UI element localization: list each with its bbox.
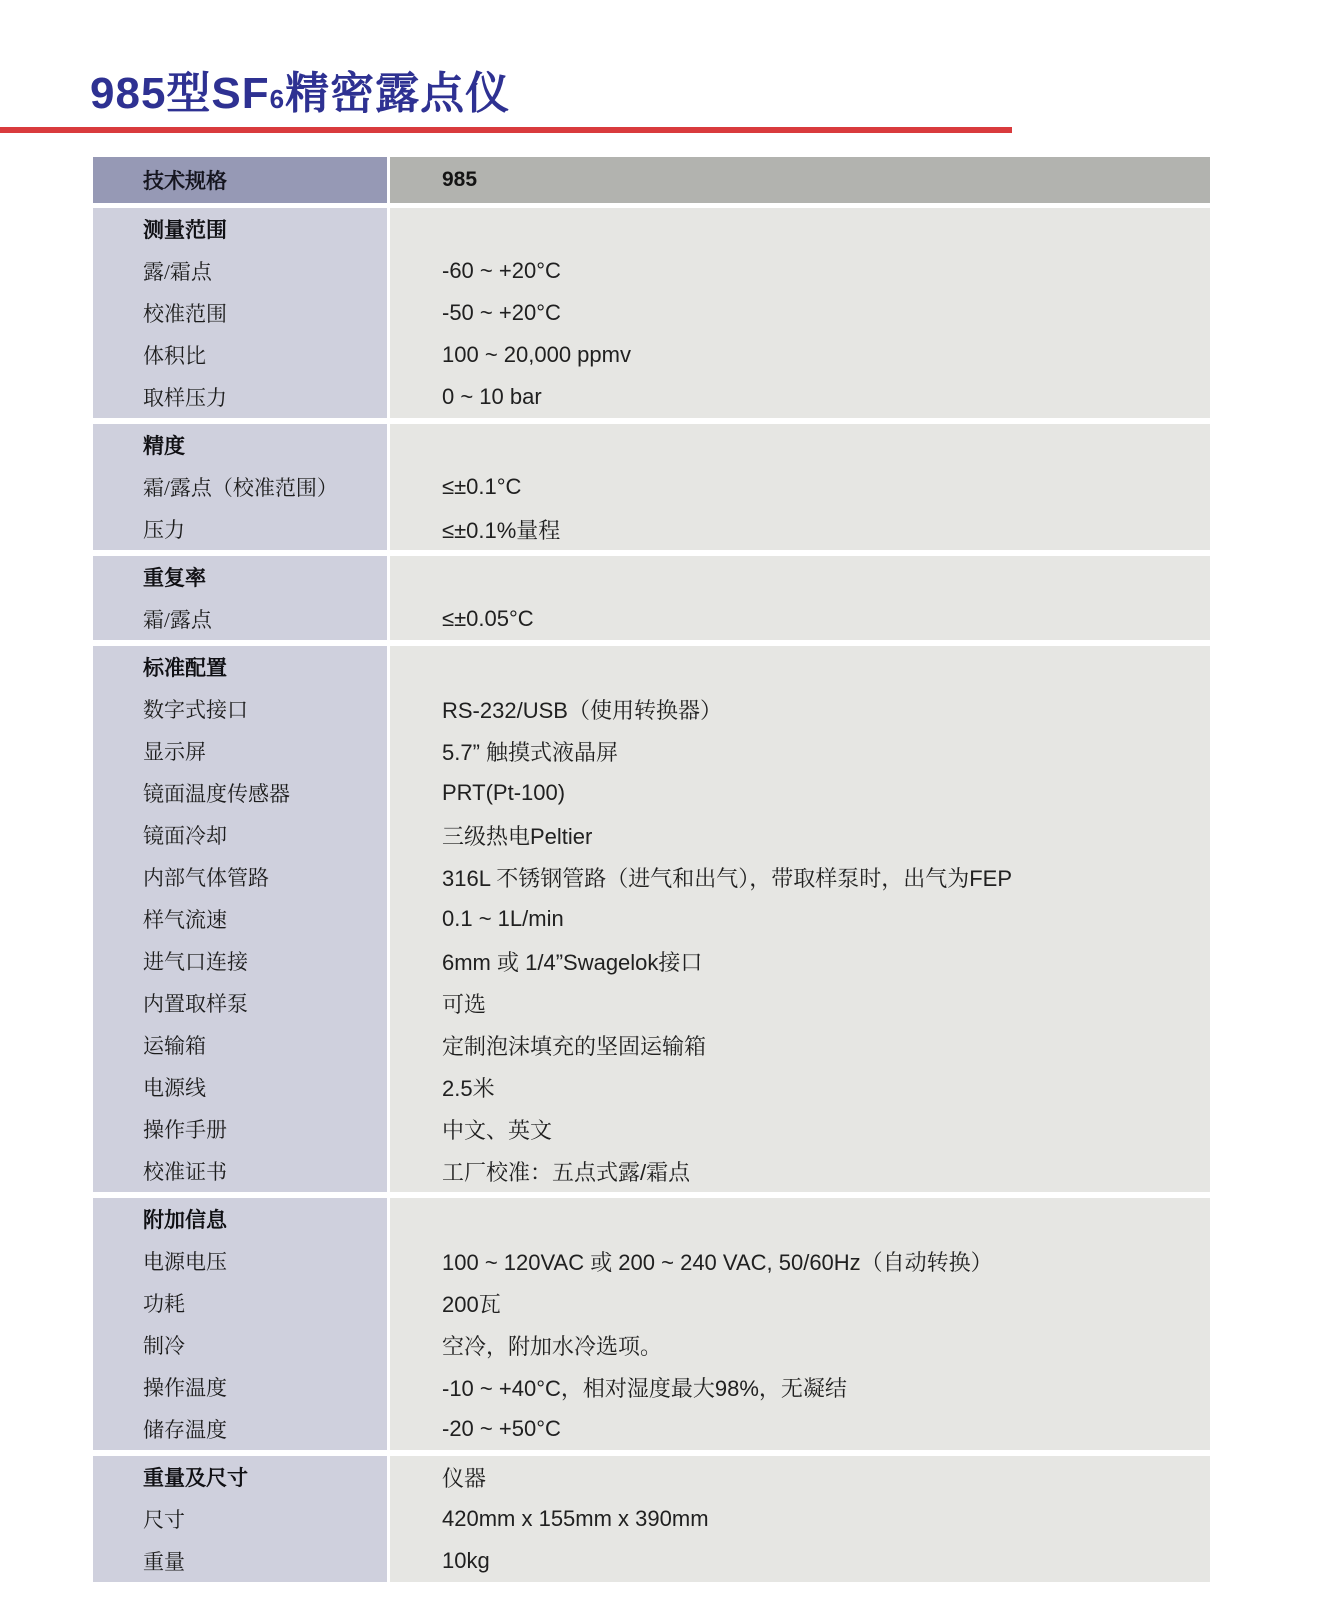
section-additional-info: 附加信息 电源电压 100 ~ 120VAC 或 200 ~ 240 VAC, …	[93, 1198, 1210, 1450]
section-title-value: 仪器	[390, 1456, 1210, 1498]
section-title-row: 标准配置	[93, 646, 1210, 688]
spec-row: 压力 ≤±0.1%量程	[93, 508, 1210, 550]
spec-label: 样气流速	[93, 898, 387, 940]
spec-label: 显示屏	[93, 730, 387, 772]
section-title-value	[390, 424, 1210, 466]
spec-value: 2.5米	[390, 1066, 1210, 1108]
section-repeatability: 重复率 霜/露点 ≤±0.05°C	[93, 556, 1210, 640]
spec-row: 内置取样泵 可选	[93, 982, 1210, 1024]
spec-label: 尺寸	[93, 1498, 387, 1540]
spec-label: 运输箱	[93, 1024, 387, 1066]
section-title: 重复率	[93, 556, 387, 598]
spec-value: 可选	[390, 982, 1210, 1024]
spec-row: 校准范围 -50 ~ +20°C	[93, 292, 1210, 334]
spec-label: 重量	[93, 1540, 387, 1582]
spec-value: RS-232/USB（使用转换器）	[390, 688, 1210, 730]
spec-value: -10 ~ +40°C，相对湿度最大98%，无凝结	[390, 1366, 1210, 1408]
spec-value: 200瓦	[390, 1282, 1210, 1324]
section-title-row: 测量范围	[93, 208, 1210, 250]
spec-label: 校准范围	[93, 292, 387, 334]
spec-label: 电源电压	[93, 1240, 387, 1282]
spec-value: ≤±0.05°C	[390, 598, 1210, 640]
spec-label: 镜面冷却	[93, 814, 387, 856]
title-underline-rule	[0, 127, 1012, 133]
spec-row: 样气流速 0.1 ~ 1L/min	[93, 898, 1210, 940]
spec-label: 体积比	[93, 334, 387, 376]
spec-table: 技术规格 985 测量范围 露/霜点 -60 ~ +20°C 校准范围 -50 …	[93, 157, 1210, 1588]
section-title-value	[390, 646, 1210, 688]
spec-row: 露/霜点 -60 ~ +20°C	[93, 250, 1210, 292]
spec-row: 储存温度 -20 ~ +50°C	[93, 1408, 1210, 1450]
spec-label: 取样压力	[93, 376, 387, 418]
spec-label: 内部气体管路	[93, 856, 387, 898]
spec-label: 操作手册	[93, 1108, 387, 1150]
section-measurement-range: 测量范围 露/霜点 -60 ~ +20°C 校准范围 -50 ~ +20°C 体…	[93, 208, 1210, 418]
spec-row: 内部气体管路 316L 不锈钢管路（进气和出气），带取样泵时，出气为FEP	[93, 856, 1210, 898]
spec-value: 10kg	[390, 1540, 1210, 1582]
spec-label: 镜面温度传感器	[93, 772, 387, 814]
spec-value: 中文、英文	[390, 1108, 1210, 1150]
section-title-row: 重复率	[93, 556, 1210, 598]
section-standard-configuration: 标准配置 数字式接口 RS-232/USB（使用转换器） 显示屏 5.7” 触摸…	[93, 646, 1210, 1192]
spec-label: 制冷	[93, 1324, 387, 1366]
spec-label: 进气口连接	[93, 940, 387, 982]
spec-row: 进气口连接 6mm 或 1/4”Swagelok接口	[93, 940, 1210, 982]
section-title-row: 重量及尺寸 仪器	[93, 1456, 1210, 1498]
spec-label: 数字式接口	[93, 688, 387, 730]
spec-value: 工厂校准：五点式露/霜点	[390, 1150, 1210, 1192]
spec-label: 露/霜点	[93, 250, 387, 292]
section-title: 附加信息	[93, 1198, 387, 1240]
spec-value: PRT(Pt-100)	[390, 772, 1210, 814]
spec-value: ≤±0.1%量程	[390, 508, 1210, 550]
spec-value: 空冷，附加水冷选项。	[390, 1324, 1210, 1366]
spec-value: -50 ~ +20°C	[390, 292, 1210, 334]
spec-value: 定制泡沫填充的坚固运输箱	[390, 1024, 1210, 1066]
section-title-value	[390, 1198, 1210, 1240]
spec-row: 操作温度 -10 ~ +40°C，相对湿度最大98%，无凝结	[93, 1366, 1210, 1408]
table-header-row: 技术规格 985	[93, 157, 1210, 203]
spec-row: 霜/露点 ≤±0.05°C	[93, 598, 1210, 640]
section-accuracy: 精度 霜/露点（校准范围） ≤±0.1°C 压力 ≤±0.1%量程	[93, 424, 1210, 550]
spec-value: 420mm x 155mm x 390mm	[390, 1498, 1210, 1540]
spec-row: 电源电压 100 ~ 120VAC 或 200 ~ 240 VAC, 50/60…	[93, 1240, 1210, 1282]
spec-value: 6mm 或 1/4”Swagelok接口	[390, 940, 1210, 982]
spec-label: 压力	[93, 508, 387, 550]
spec-label: 霜/露点（校准范围）	[93, 466, 387, 508]
table-header-value: 985	[390, 157, 1210, 203]
spec-value: -60 ~ +20°C	[390, 250, 1210, 292]
spec-label: 内置取样泵	[93, 982, 387, 1024]
spec-value: 0.1 ~ 1L/min	[390, 898, 1210, 940]
spec-label: 储存温度	[93, 1408, 387, 1450]
section-title-row: 精度	[93, 424, 1210, 466]
section-title: 标准配置	[93, 646, 387, 688]
section-title-value	[390, 208, 1210, 250]
spec-value: 100 ~ 120VAC 或 200 ~ 240 VAC, 50/60Hz（自动…	[390, 1240, 1210, 1282]
spec-row: 校准证书 工厂校准：五点式露/霜点	[93, 1150, 1210, 1192]
spec-row: 重量 10kg	[93, 1540, 1210, 1582]
spec-row: 制冷 空冷，附加水冷选项。	[93, 1324, 1210, 1366]
spec-row: 电源线 2.5米	[93, 1066, 1210, 1108]
spec-row: 功耗 200瓦	[93, 1282, 1210, 1324]
spec-row: 运输箱 定制泡沫填充的坚固运输箱	[93, 1024, 1210, 1066]
spec-row: 镜面冷却 三级热电Peltier	[93, 814, 1210, 856]
spec-value: 100 ~ 20,000 ppmv	[390, 334, 1210, 376]
page-title: 985型SF6精密露点仪	[90, 70, 510, 118]
page-title-suffix: 精密露点仪	[285, 69, 510, 118]
spec-value: -20 ~ +50°C	[390, 1408, 1210, 1450]
spec-label: 功耗	[93, 1282, 387, 1324]
spec-row: 镜面温度传感器 PRT(Pt-100)	[93, 772, 1210, 814]
spec-row: 数字式接口 RS-232/USB（使用转换器）	[93, 688, 1210, 730]
spec-value: ≤±0.1°C	[390, 466, 1210, 508]
spec-value: 5.7” 触摸式液晶屏	[390, 730, 1210, 772]
section-title: 测量范围	[93, 208, 387, 250]
spec-label: 操作温度	[93, 1366, 387, 1408]
spec-row: 体积比 100 ~ 20,000 ppmv	[93, 334, 1210, 376]
spec-row: 霜/露点（校准范围） ≤±0.1°C	[93, 466, 1210, 508]
spec-label: 电源线	[93, 1066, 387, 1108]
section-title: 精度	[93, 424, 387, 466]
section-title-row: 附加信息	[93, 1198, 1210, 1240]
spec-value: 三级热电Peltier	[390, 814, 1210, 856]
section-title-value	[390, 556, 1210, 598]
spec-value: 0 ~ 10 bar	[390, 376, 1210, 418]
spec-label: 校准证书	[93, 1150, 387, 1192]
spec-row: 取样压力 0 ~ 10 bar	[93, 376, 1210, 418]
spec-row: 操作手册 中文、英文	[93, 1108, 1210, 1150]
page-title-subscript: 6	[270, 84, 285, 114]
section-weight-dimensions: 重量及尺寸 仪器 尺寸 420mm x 155mm x 390mm 重量 10k…	[93, 1456, 1210, 1582]
spec-label: 霜/露点	[93, 598, 387, 640]
section-title: 重量及尺寸	[93, 1456, 387, 1498]
spec-value: 316L 不锈钢管路（进气和出气），带取样泵时，出气为FEP	[390, 856, 1210, 898]
spec-row: 尺寸 420mm x 155mm x 390mm	[93, 1498, 1210, 1540]
spec-row: 显示屏 5.7” 触摸式液晶屏	[93, 730, 1210, 772]
page-title-prefix: 985型SF	[90, 69, 270, 118]
table-header-label: 技术规格	[93, 157, 387, 203]
